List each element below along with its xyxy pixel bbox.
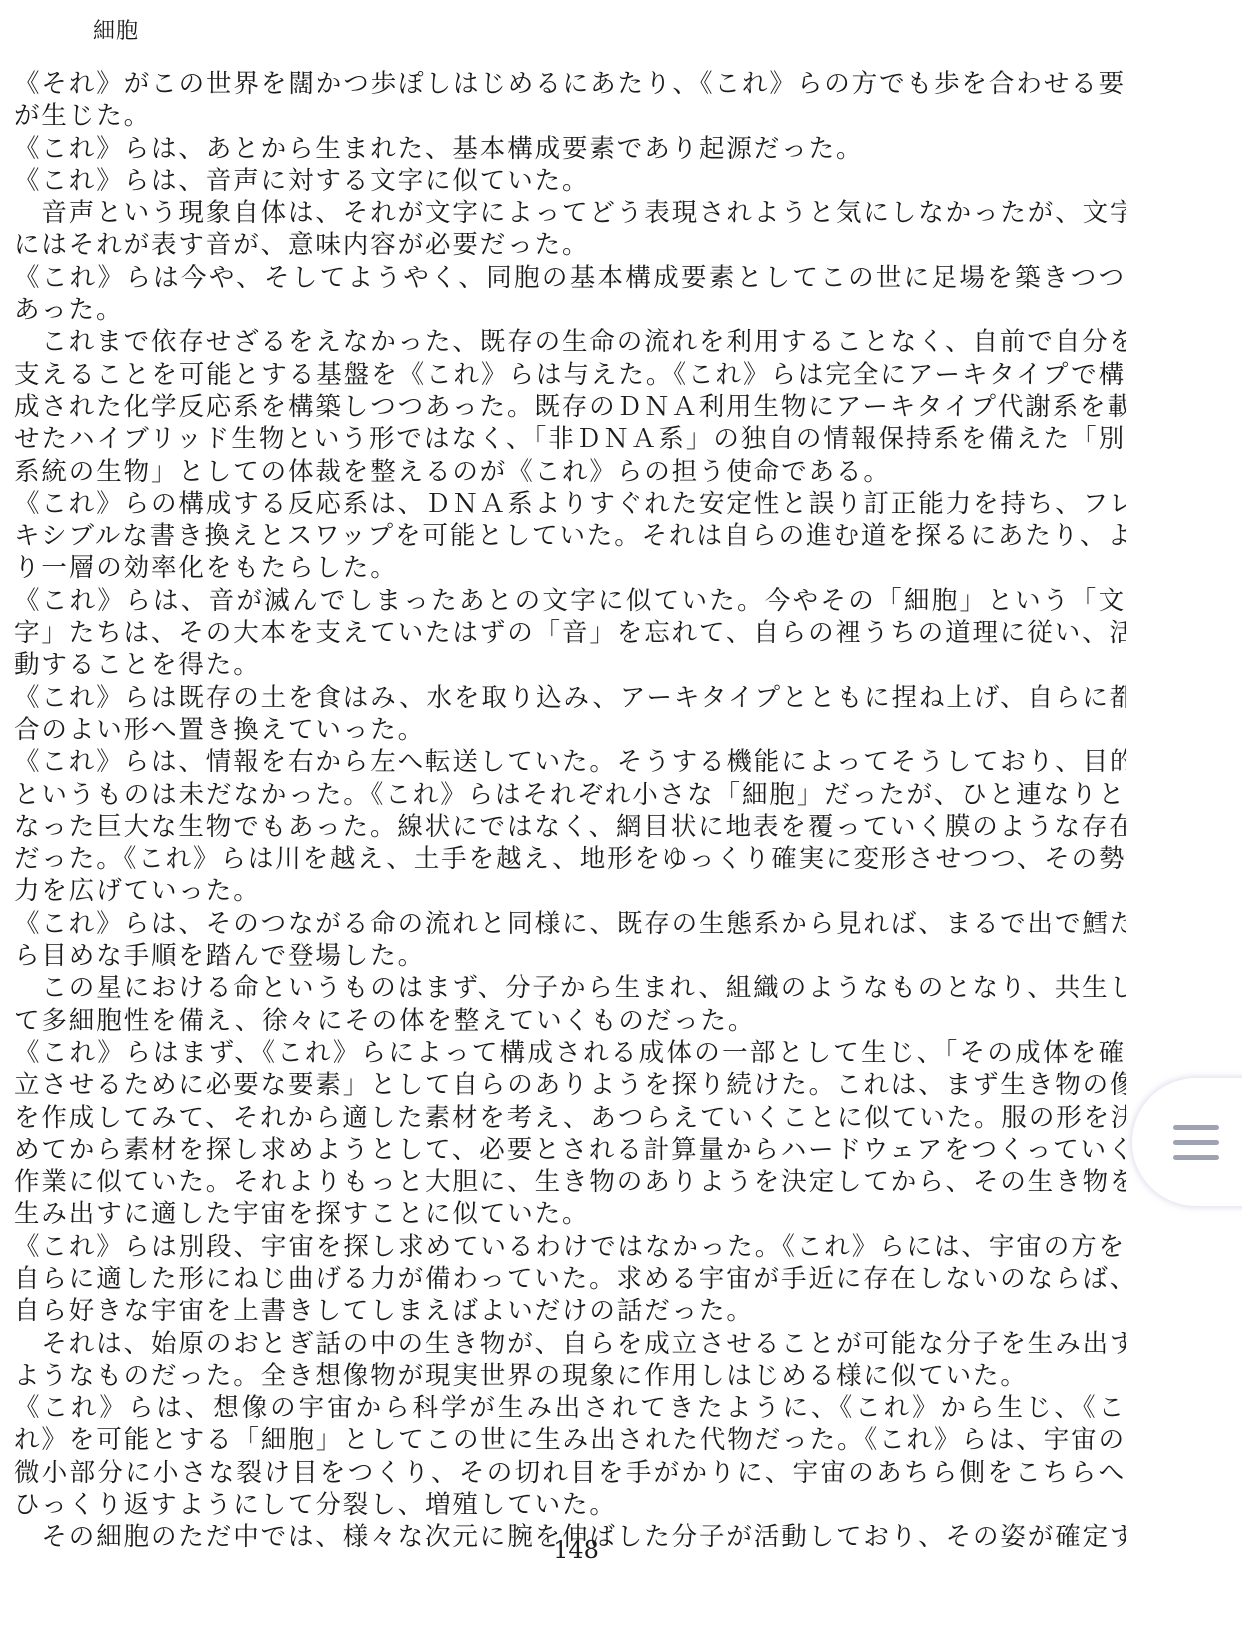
text-line: せたハイブリッド生物という形ではなく、「非ＤＮＡ系」の独自の情報保持系を備えた「… [14,423,1126,455]
text-line: だった。《これ》らは川を越え、土手を越え、地形をゆっくり確実に変形させつつ、その… [14,843,1126,875]
text-line: を作成してみて、それから適した素材を考え、あつらえていくことに似ていた。服の形を… [14,1102,1126,1134]
text-line: 《これ》らは、情報を右から左へ転送していた。そうする機能によってそうしており、目… [14,746,1126,778]
text-line: 《これ》らはまず、《これ》らによって構成される成体の一部として生じ、「その成体を… [14,1037,1126,1069]
menu-button[interactable] [1132,1078,1242,1206]
text-line: 成された化学反応系を構築しつつあった。既存のＤＮＡ利用生物にアーキタイプ代謝系を… [14,391,1126,423]
text-line: あった。 [14,294,1126,326]
text-line: 力を広げていった。 [14,875,1126,907]
text-line: 支えることを可能とする基盤を《これ》らは与えた。《これ》らは完全にアーキタイプで… [14,359,1126,391]
text-line: 系統の生物」としての体裁を整えるのが《これ》らの担う使命である。 [14,456,1126,488]
text-line: 《これ》らは今や、そしてようやく、同胞の基本構成要素としてこの世に足場を築きつつ [14,262,1126,294]
text-line: なった巨大な生物でもあった。線状にではなく、網目状に地表を覆っていく膜のような存… [14,811,1126,843]
text-line: というものは未だなかった。《これ》らはそれぞれ小さな「細胞」だったが、ひと連なり… [14,779,1126,811]
text-line: 合のよい形へ置き換えていった。 [14,714,1126,746]
text-line: 音声という現象自体は、それが文字によってどう表現されようと気にしなかったが、文字 [14,197,1126,229]
text-line: 動することを得た。 [14,649,1126,681]
text-line: ようなものだった。全き想像物が現実世界の現象に作用しはじめる様に似ていた。 [14,1360,1126,1392]
text-line: 《これ》らは、そのつながる命の流れと同様に、既存の生態系から見れば、まるで出で鱈… [14,908,1126,940]
page-number: 148 [0,1536,1152,1564]
text-line: ひっくり返すようにして分裂し、増殖していた。 [14,1489,1126,1521]
text-line: 《それ》がこの世界を闊かつ歩ぽしはじめるにあたり、《これ》らの方でも歩を合わせる… [14,68,1126,100]
text-line: めてから素材を探し求めようとして、必要とされる計算量からハードウェアをつくってい… [14,1134,1126,1166]
text-line: 作業に似ていた。それよりもっと大胆に、生き物のありようを決定してから、その生き物… [14,1166,1126,1198]
text-line: 微小部分に小さな裂け目をつくり、その切れ目を手がかりに、宇宙のあちら側をこちらへ [14,1457,1126,1489]
text-line: 自ら好きな宇宙を上書きしてしまえばよいだけの話だった。 [14,1295,1126,1327]
text-line: 《これ》らは既存の土を食はみ、水を取り込み、アーキタイプとともに捏ね上げ、自らに… [14,682,1126,714]
text-line: 《これ》らは、想像の宇宙から科学が生み出されてきたように、《これ》から生じ、《こ [14,1392,1126,1424]
text-line: 《これ》らの構成する反応系は、ＤＮＡ系よりすぐれた安定性と誤り訂正能力を持ち、フ… [14,488,1126,520]
text-line: が生じた。 [14,100,1126,132]
text-line: キシブルな書き換えとスワップを可能としていた。それは自らの進む道を探るにあたり、… [14,520,1126,552]
text-line: 《これ》らは、あとから生まれた、基本構成要素であり起源だった。 [14,133,1126,165]
text-line: ら目めな手順を踏んで登場した。 [14,940,1126,972]
hamburger-menu-icon [1173,1125,1219,1161]
text-line: この星における命というものはまず、分子から生まれ、組織のようなものとなり、共生し [14,972,1126,1004]
text-line: 立させるために必要な要素」として自らのありようを探り続けた。これは、まず生き物の… [14,1069,1126,1101]
text-line: これまで依存せざるをえなかった、既存の生命の流れを利用することなく、自前で自分を [14,326,1126,358]
page-body: 《それ》がこの世界を闊かつ歩ぽしはじめるにあたり、《これ》らの方でも歩を合わせる… [14,68,1126,1554]
text-line: 字」たちは、その大本を支えていたはずの「音」を忘れて、自らの裡うちの道理に従い、… [14,617,1126,649]
text-line: れ》を可能とする「細胞」としてこの世に生み出された代物だった。《これ》らは、宇宙… [14,1424,1126,1456]
text-line: 生み出すに適した宇宙を探すことに似ていた。 [14,1198,1126,1230]
text-line: 自らに適した形にねじ曲げる力が備わっていた。求める宇宙が手近に存在しないのならば… [14,1263,1126,1295]
text-line: 《これ》らは別段、宇宙を探し求めているわけではなかった。《これ》らには、宇宙の方… [14,1231,1126,1263]
text-line: 《これ》らは、音が滅んでしまったあとの文字に似ていた。今やその「細胞」という「文 [14,585,1126,617]
running-header: 細胞 [93,14,139,45]
text-line: て多細胞性を備え、徐々にその体を整えていくものだった。 [14,1005,1126,1037]
text-line: にはそれが表す音が、意味内容が必要だった。 [14,229,1126,261]
text-line: 《これ》らは、音声に対する文字に似ていた。 [14,165,1126,197]
text-line: それは、始原のおとぎ話の中の生き物が、自らを成立させることが可能な分子を生み出す [14,1328,1126,1360]
text-line: り一層の効率化をもたらした。 [14,552,1126,584]
